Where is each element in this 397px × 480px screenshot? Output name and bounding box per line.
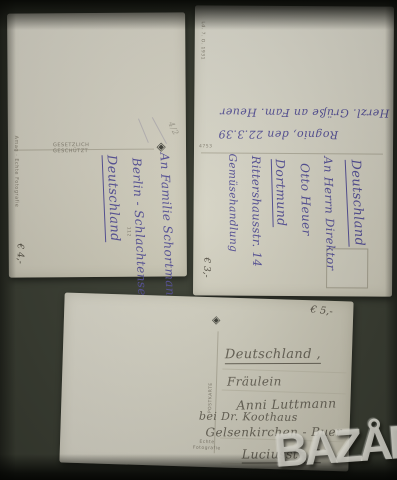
scribble-stroke xyxy=(138,118,149,142)
price-note: € 5,- xyxy=(310,304,333,317)
address-guide-line xyxy=(222,389,346,394)
address-line: An Familie Schortmann xyxy=(157,152,177,304)
divider-imprint-text: 4753 xyxy=(199,144,225,149)
address-line: Gemüsehandlung xyxy=(226,154,239,253)
postcard-2: Herzl. Grüße an Fam. Heuer Rognio, den 2… xyxy=(193,5,394,296)
address-line: Fräulein xyxy=(227,374,282,388)
postcard-1-readable-face: 4/2 ◈ GESETZLICH GESCHÜTZT Amag · Echte … xyxy=(7,12,187,277)
watermark-text: BAZÅR xyxy=(272,413,397,478)
address-line: Deutschland xyxy=(102,155,123,243)
divider-imprint-text: POSTKARTE xyxy=(208,361,215,413)
publisher-diamond-icon: ◈ xyxy=(156,143,168,152)
print-number: 112 xyxy=(126,227,131,237)
address-line: Dortmund xyxy=(271,159,290,227)
pencil-note: 4/2 xyxy=(166,120,180,137)
bottom-imprint-text: Amag · Echte Fotografie xyxy=(13,136,20,208)
address-line: Deutschland , xyxy=(225,347,321,364)
price-note: € 4,- xyxy=(15,244,25,264)
scribble-stroke xyxy=(152,117,167,144)
address-guide-line xyxy=(222,368,346,373)
postcard-1: 4/2 ◈ GESETZLICH GESCHÜTZT Amag · Echte … xyxy=(7,12,187,277)
publisher-diamond-icon: ◈ xyxy=(212,314,221,326)
address-line: Deutschland xyxy=(345,159,367,247)
price-note: € 3,- xyxy=(201,257,211,277)
edge-imprint-text: Ld. 7. O. 1931 xyxy=(200,21,205,60)
address-line: An Herrn Direktor xyxy=(321,156,338,271)
divider-imprint-text: GESETZLICH GESCHÜTZT xyxy=(53,142,93,154)
address-line: Berlin - Schlachtensee xyxy=(130,157,150,303)
address-line: Otto Heuer xyxy=(298,163,314,236)
bottom-imprint-text: Echte Fotografie xyxy=(193,440,221,452)
address-line: Rittershausstr. 14 xyxy=(249,156,264,267)
bottom-imprint-line: Fotografie xyxy=(193,445,221,451)
postcard-2-readable-face: 4753 Ld. 7. O. 1931 Deutschland An Herrn… xyxy=(193,5,394,296)
